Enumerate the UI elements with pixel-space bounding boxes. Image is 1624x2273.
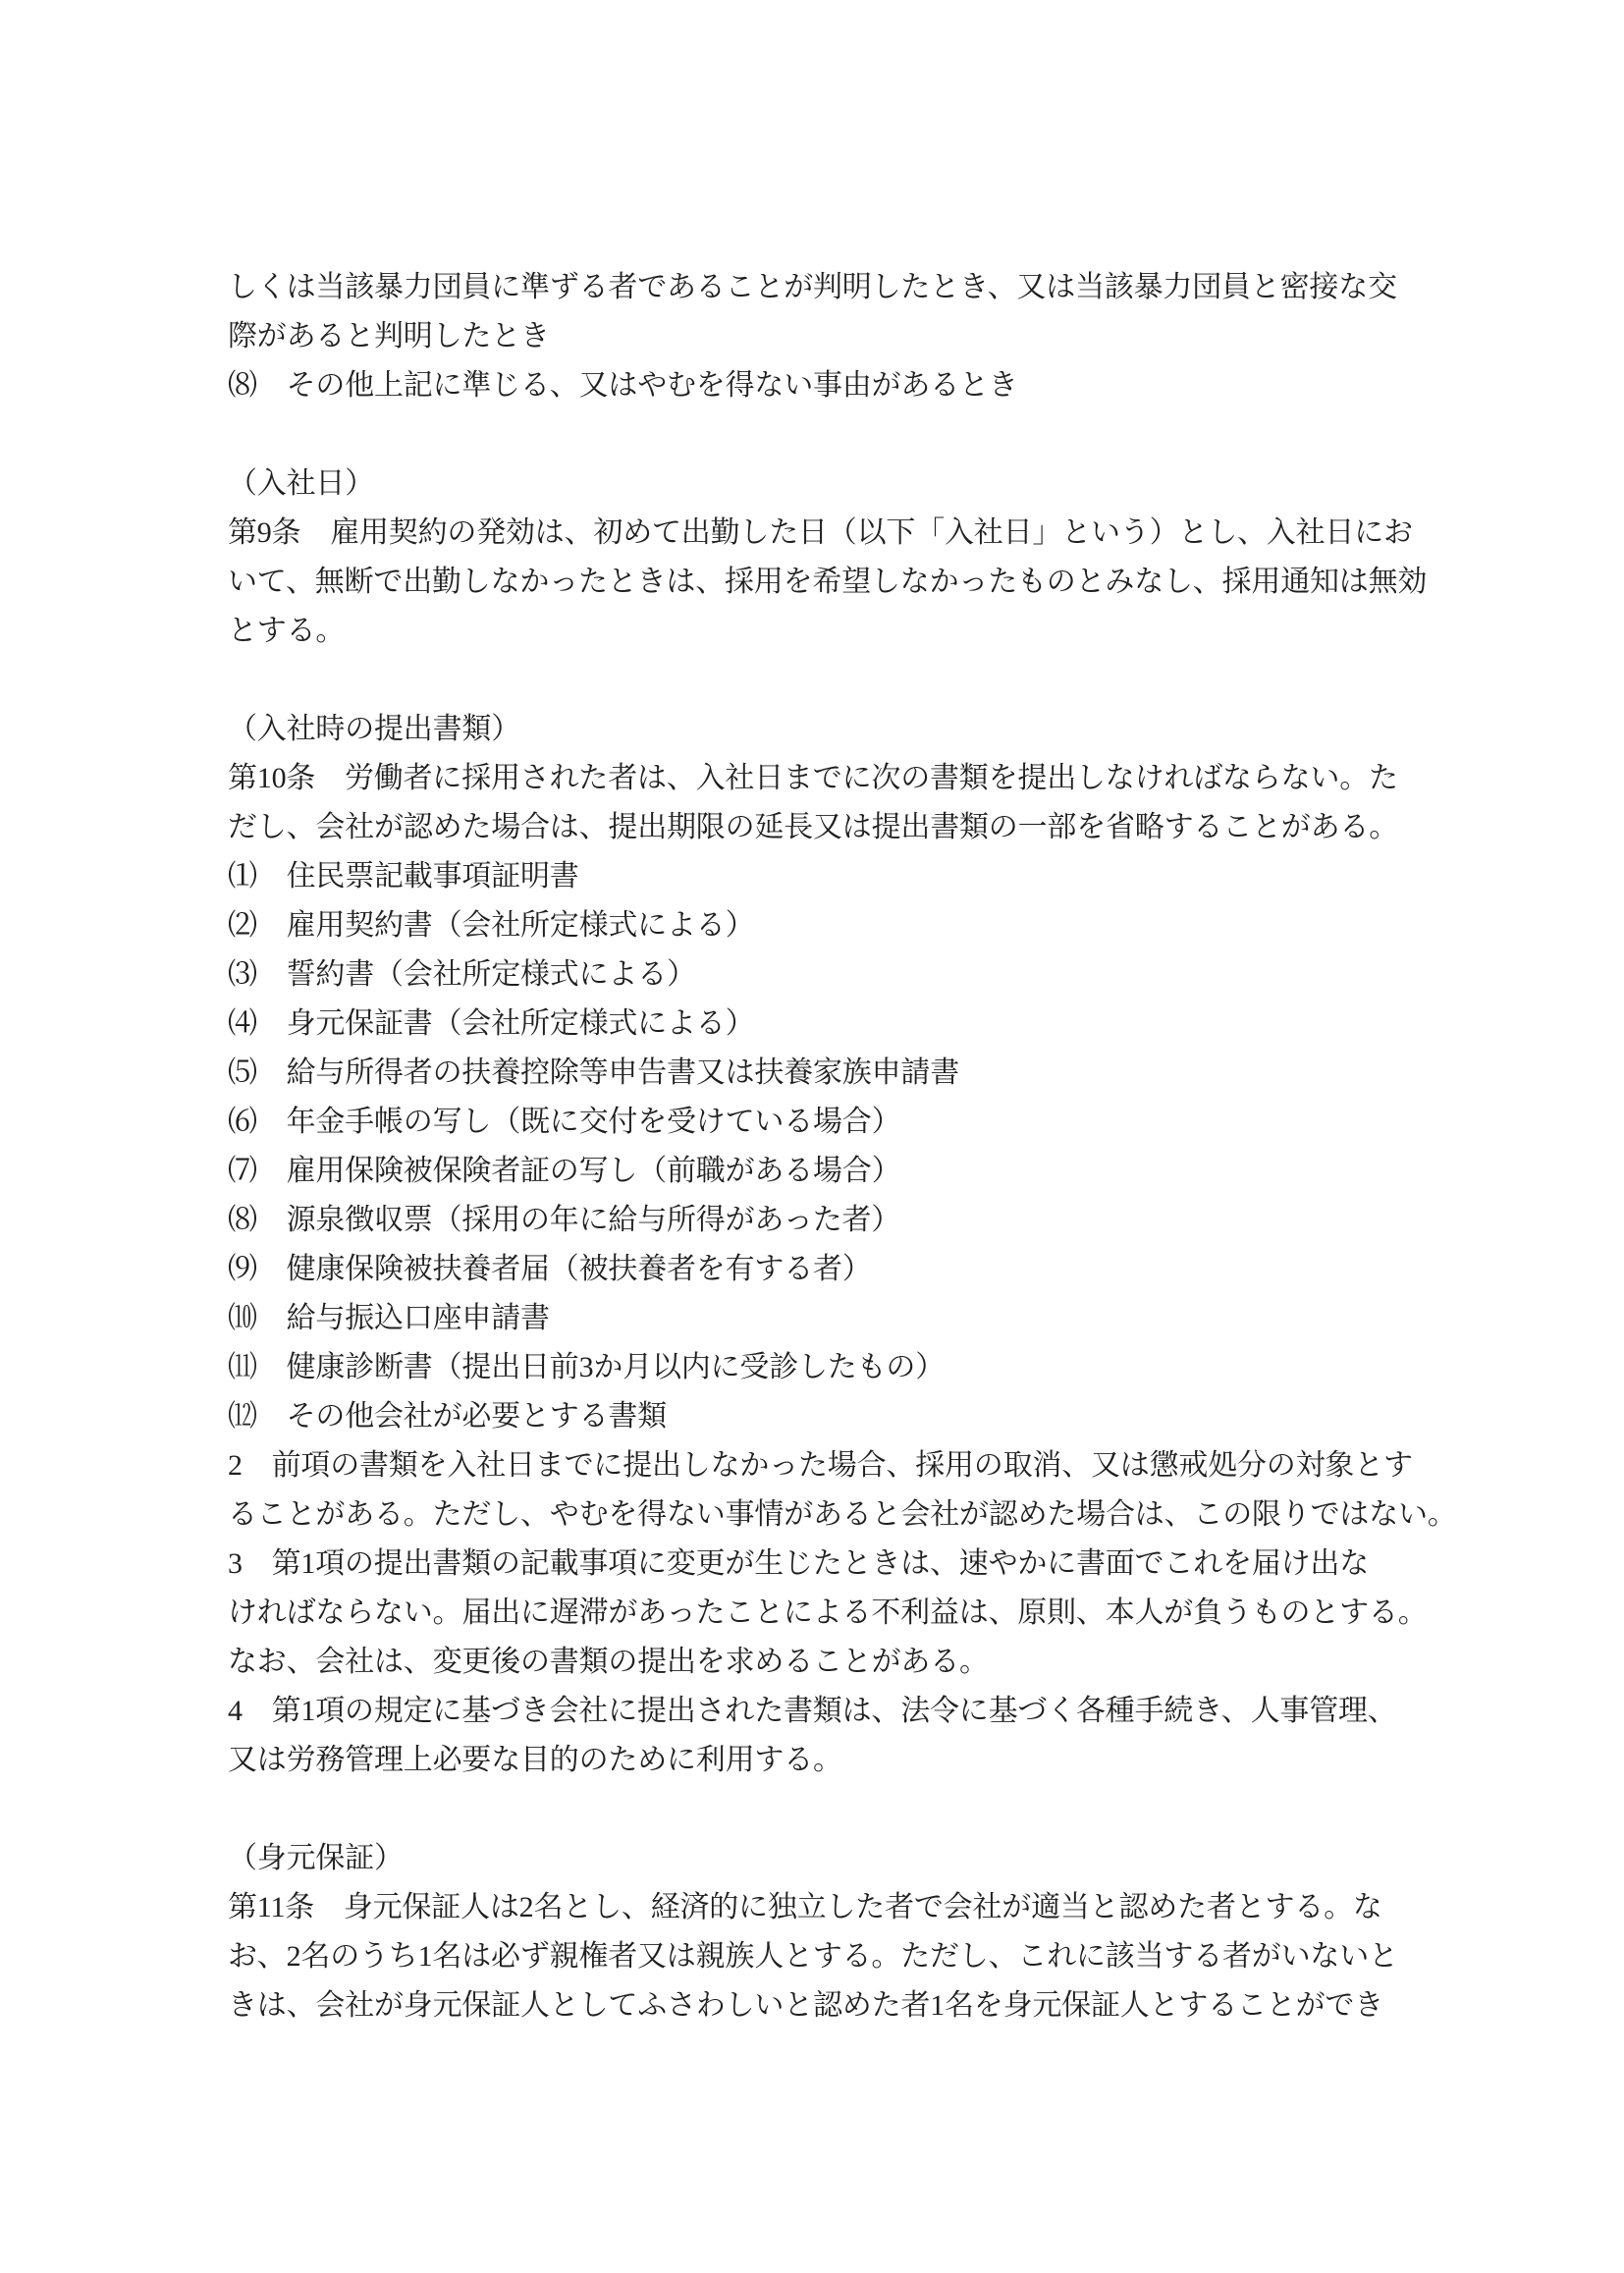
text-line: 4 第1項の規定に基づき会社に提出された書類は、法令に基づく各種手続き、人事管理…	[228, 1687, 1406, 1736]
text-line: とする。	[228, 607, 1406, 656]
text-line: ⑶ 誓約書（会社所定様式による）	[228, 950, 1406, 1000]
text-line: 2 前項の書類を入社日までに提出しなかった場合、採用の取消、又は懲戒処分の対象と…	[228, 1441, 1406, 1490]
text-line: （身元保証）	[228, 1834, 1406, 1883]
text-line: （入社日）	[228, 460, 1406, 509]
text-line: ることがある。ただし、やむを得ない事情があると会社が認めた場合は、この限りではな…	[228, 1490, 1406, 1540]
text-line: 際があると判明したとき	[228, 312, 1406, 361]
text-line: ⑸ 給与所得者の扶養控除等申告書又は扶養家族申請書	[228, 1049, 1406, 1098]
text-line: 3 第1項の提出書類の記載事項に変更が生じたときは、速やかに書面でこれを届け出な	[228, 1540, 1406, 1589]
text-line: ⑴ 住民票記載事項証明書	[228, 852, 1406, 901]
text-line: 第11条 身元保証人は2名とし、経済的に独立した者で会社が適当と認めた者とする。…	[228, 1883, 1406, 1932]
text-line: 又は労務管理上必要な目的のために利用する。	[228, 1736, 1406, 1785]
text-line: お、2名のうち1名は必ず親権者又は親族人とする。ただし、これに該当する者がいない…	[228, 1932, 1406, 1981]
text-line: ⑻ その他上記に準じる、又はやむを得ない事由があるとき	[228, 361, 1406, 410]
text-line: なお、会社は、変更後の書類の提出を求めることがある。	[228, 1638, 1406, 1687]
text-line: ⑺ 雇用保険被保険者証の写し（前職がある場合）	[228, 1147, 1406, 1196]
text-line: ければならない。届出に遅滞があったことによる不利益は、原則、本人が負うものとする…	[228, 1589, 1406, 1638]
text-line: しくは当該暴力団員に準ずる者であることが判明したとき、又は当該暴力団員と密接な交	[228, 263, 1406, 312]
document-page: しくは当該暴力団員に準ずる者であることが判明したとき、又は当該暴力団員と密接な交…	[0, 0, 1624, 2273]
text-line: ⑹ 年金手帳の写し（既に交付を受けている場合）	[228, 1098, 1406, 1147]
text-line: 第9条 雇用契約の発効は、初めて出勤した日（以下「入社日」という）とし、入社日に…	[228, 509, 1406, 558]
text-line: ⑵ 雇用契約書（会社所定様式による）	[228, 901, 1406, 950]
text-line: ⑼ 健康保険被扶養者届（被扶養者を有する者）	[228, 1245, 1406, 1294]
document-body: しくは当該暴力団員に準ずる者であることが判明したとき、又は当該暴力団員と密接な交…	[228, 263, 1406, 2030]
text-line: ⑷ 身元保証書（会社所定様式による）	[228, 1000, 1406, 1049]
text-line: 第10条 労働者に採用された者は、入社日までに次の書類を提出しなければならない。…	[228, 754, 1406, 803]
text-line: （入社時の提出書類）	[228, 705, 1406, 754]
text-line: ⑾ 健康診断書（提出日前3か月以内に受診したもの）	[228, 1343, 1406, 1392]
text-line: だし、会社が認めた場合は、提出期限の延長又は提出書類の一部を省略することがある。	[228, 803, 1406, 852]
text-line: いて、無断で出勤しなかったときは、採用を希望しなかったものとみなし、採用通知は無…	[228, 558, 1406, 607]
blank-line	[228, 410, 1406, 460]
text-line: ⑻ 源泉徴収票（採用の年に給与所得があった者）	[228, 1196, 1406, 1245]
text-line: ⑽ 給与振込口座申請書	[228, 1294, 1406, 1343]
blank-line	[228, 1785, 1406, 1834]
blank-line	[228, 656, 1406, 705]
text-line: きは、会社が身元保証人としてふさわしいと認めた者1名を身元保証人とすることができ	[228, 1981, 1406, 2030]
text-line: ⑿ その他会社が必要とする書類	[228, 1392, 1406, 1441]
